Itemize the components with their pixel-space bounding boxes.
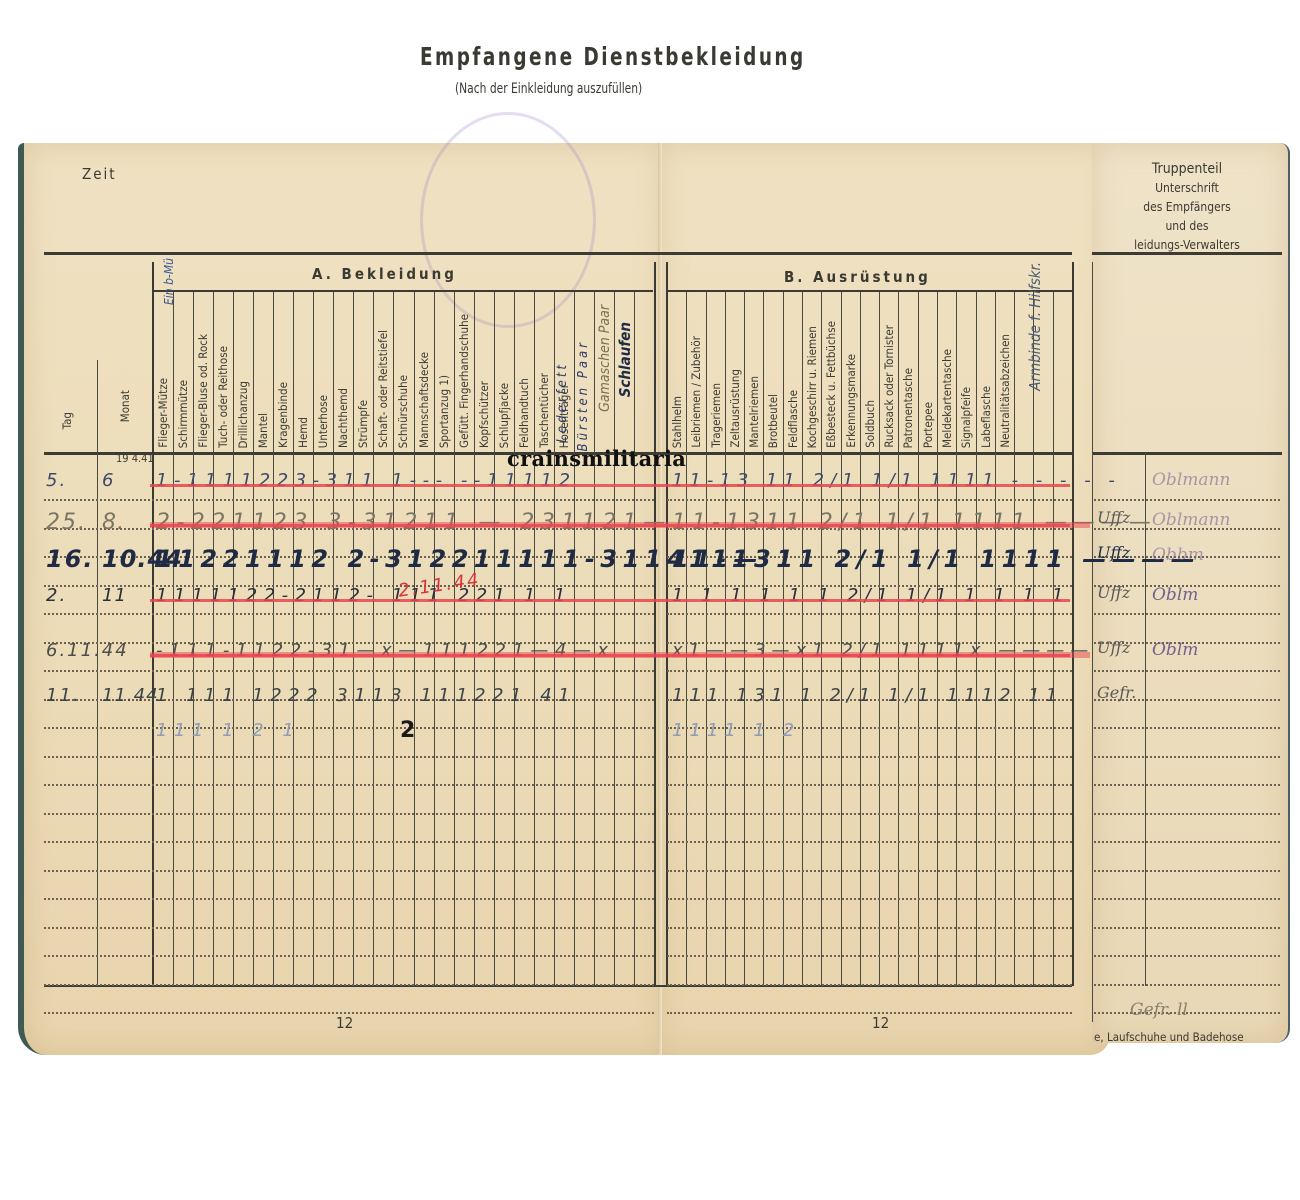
column-label-a: Schlupfjacke [497,383,511,448]
truppenteil-line-1: Unterschrift [1102,179,1272,198]
page-number-right: 12 [872,1014,889,1032]
entry-section-b: 11-13 11 2/1 1/1 1111 - - - - - [672,470,1121,491]
column-line [434,292,435,986]
year-note: 19 4.41 [116,452,154,465]
row-dotline [44,841,654,843]
column-line [253,292,254,986]
column-line [1014,292,1015,986]
column-line [193,292,194,986]
entry-section-b: 1111 1 2 [672,720,800,741]
truppenteil-header: Truppenteil Unterschrift des Empfängers … [1102,160,1272,255]
entry-tag: 16. [46,545,95,573]
monat-header: Monat [118,390,132,422]
column-line [313,292,314,986]
column-line [393,292,394,986]
row-dotline [44,870,654,872]
tag-header: Tag [60,412,74,429]
entry-signature: Obbm [1152,545,1204,565]
column-label-b: Soldbuch [863,400,877,448]
column-label-a: Mantel [256,413,270,448]
section-b-rule [668,290,1072,292]
row-dotline [1094,756,1280,758]
page-subtitle: (Nach der Einkleidung auszufüllen) [455,81,642,97]
column-line [594,292,595,986]
entry-signature: Oblm [1152,585,1198,605]
column-line [414,292,415,986]
handwritten-buersten: Bürsten Paar [577,340,591,451]
row-dotline [1094,499,1280,501]
column-line [918,292,919,986]
column-label-a: Unterhose [316,395,330,448]
entry-tag: 25. [46,510,87,535]
column-line [213,292,214,986]
entry-monat: 11 [102,585,127,606]
row-dotline [667,898,1072,900]
entry-signature: Oblm [1152,640,1198,660]
entry-section-a: 1-1111223-311 1--- --11112 [156,470,577,491]
entry-rank: Uffz [1097,638,1130,657]
column-line [494,292,495,986]
column-label-a: Hemd [296,417,310,448]
column-line [293,292,294,986]
column-label-a: Schnürschuhe [396,375,410,448]
red-strikethrough [150,599,1070,602]
column-label-b: Neutralitätsabzeichen [998,334,1012,448]
section-a-rule [153,290,653,292]
column-label-b: Erkennungsmarke [844,354,858,448]
entry-rank: Uffz [1097,583,1130,602]
row-dotline [667,613,1072,615]
column-line [956,292,957,986]
section-b-header: B. Ausrüstung [784,268,931,286]
red-strikethrough [150,484,1070,487]
page-number-left: 12 [336,1014,353,1032]
row-dotline [667,1012,1072,1014]
column-line [373,292,374,986]
row-dotline [1094,984,1280,986]
truppenteil-title: Truppenteil [1102,160,1272,179]
row-dotline [667,813,1072,815]
entry-rank: Uffz [1097,508,1130,527]
column-line [233,292,234,986]
time-divider [152,262,154,986]
entry-monat: 8. [102,510,125,535]
entry-tag: 11. [46,685,81,706]
entry-section-a: 1111122-2112- 111 221 1 1 [156,585,572,606]
entry-section-b: 111 131 1 2/1 1/1 1112 11 [672,685,1063,706]
entry-rank: Uffz [1097,543,1130,562]
column-label-a: Taschentücher [537,373,551,448]
column-line [273,292,274,986]
row-dotline [667,784,1072,786]
red-strikethrough-wide [150,652,1090,658]
column-line [744,292,745,986]
handwritten-gamaschen: Gamaschen Paar [598,305,612,412]
truppenteil-line-3: und des [1102,217,1272,236]
row-dotline [44,927,654,929]
column-label-a: Drillichanzug [236,381,250,448]
column-label-a: Flieger-Bluse od. Rock [196,334,210,448]
row-dotline [1094,784,1280,786]
column-label-b: Rucksack oder Tornister [882,325,896,448]
row-dotline [1094,870,1280,872]
row-dotline [667,670,1072,672]
column-label-b: Labeflasche [979,386,993,448]
column-label-b: Eßbesteck u. Fettbüchse [824,321,838,448]
entry-tag: 6.11.44 [46,640,129,661]
row-dotline [44,898,654,900]
column-label-b: Meldekartentasche [940,349,954,448]
column-label-b: Patronentasche [901,368,915,448]
column-label-a: Strümpfe [356,400,370,448]
row-dotline [667,841,1072,843]
column-label-a: Gefütt. Fingerhandschuhe [457,314,471,448]
red-strikethrough-wide [150,522,1090,528]
handwritten-schlaufen: Schlaufen [618,322,632,397]
row-dotline [667,870,1072,872]
column-line [1053,292,1054,986]
row-dotline [667,756,1072,758]
column-line [173,292,174,986]
row-dotline [44,613,654,615]
entry-signature: Oblmann [1152,510,1230,530]
column-line [634,292,635,986]
column-label-a: Nachthemd [336,388,350,448]
entry-section-b: 1 1 1 1 1 1 2/1 1/1 1 1 1 1 [672,585,1069,606]
column-line [353,292,354,986]
row-dotline [1094,955,1280,957]
column-line [841,292,842,986]
column-label-b: Portepee [921,402,935,448]
column-line [763,292,764,986]
zeit-header: Zeit [82,165,117,183]
column-line [454,292,455,986]
row-dotline [44,784,654,786]
truppenteil-line-4: leidungs-Verwalters [1102,236,1272,255]
row-dotline [1094,927,1280,929]
column-label-a: Schaft- oder Reitstiefel [376,330,390,448]
column-line [898,292,899,986]
entry-section-a: 1 111 1222 3113 111221 41 [156,685,576,706]
entry-tag: 2. [46,585,67,606]
column-line [860,292,861,986]
section-b-right-border [1072,262,1074,986]
column-label-b: Leibriemen / Zubehör [689,336,703,448]
row-dotline [1094,670,1280,672]
row-dotline [667,927,1072,929]
handwritten-armbinde: Armbinde f. Hilfskr. [1028,262,1042,391]
column-line [474,292,475,986]
column-line [574,292,575,986]
entry-monat: 6 [102,470,114,491]
faded-stamp [420,112,596,328]
row-dotline [44,756,654,758]
column-label-b: Zeltausrüstung [728,369,742,448]
row-dotline [44,670,654,672]
column-label-b: Stahlhelm [670,396,684,448]
section-b-left-border [666,262,668,986]
column-line [783,292,784,986]
column-line [514,292,515,986]
page-title: Empfangene Dienstbekleidung [420,42,806,71]
column-label-a: Tuch- oder Reithose [216,346,230,448]
column-label-b: Feldflasche [786,390,800,448]
column-line [534,292,535,986]
section-a-header: A. Bekleidung [312,265,457,283]
entry-tag: 5. [46,470,67,491]
row-dotline [44,955,654,957]
column-label-b: Kochgeschirr u. Riemen [805,326,819,448]
row-dotline [1094,813,1280,815]
flap-footer-note: e, Laufschuhe und Badehose [1094,1030,1244,1044]
row-dotline [44,499,654,501]
column-label-a: Schirmmütze [176,380,190,448]
row-dotline [1094,841,1280,843]
column-label-a: Mannschaftsdecke [417,352,431,448]
row-dotline [44,813,654,815]
column-label-b: Mantelriemen [747,376,761,448]
handwritten-note-top: Ein b-Mü [162,258,176,305]
column-line [725,292,726,986]
extra-mark: 2 [400,718,427,743]
column-line [686,292,687,986]
entry-monat: 11.44 [102,685,159,706]
row-dotline [667,984,1072,986]
table-top-rule [44,252,1072,255]
column-label-a: Flieger-Mütze [156,378,170,448]
section-a-right-border [654,262,656,986]
entry-rank: Gefr. [1097,683,1136,702]
column-line [333,292,334,986]
column-label-a: Kragenbinde [276,382,290,448]
column-line [1033,292,1034,986]
column-line [706,292,707,986]
row-dotline [1094,727,1280,729]
row-dotline [667,955,1072,957]
row-dotline [44,984,654,986]
column-line [995,292,996,986]
truppenteil-line-2: des Empfängers [1102,198,1272,217]
entry-section-a: 111 1 2 1 [156,720,300,741]
column-label-b: Trageriemen [709,383,723,448]
handwritten-lederfett: Lederfett [556,362,570,443]
column-label-a: Sportanzug 1) [437,375,451,448]
row-dotline [1094,613,1280,615]
row-dotline [1094,898,1280,900]
entry-signature: Oblmann [1152,470,1230,490]
column-line [821,292,822,986]
column-line [614,292,615,986]
column-label-b: Signalpfeife [959,387,973,448]
tag-monat-divider [97,360,98,986]
column-label-b: Brotbeutel [766,394,780,448]
flap-header-rule [1092,452,1282,455]
column-line [879,292,880,986]
flap-footer-signature: Gefr. ll [1130,1000,1188,1020]
column-line [802,292,803,986]
row-dotline [44,727,654,729]
row-dotline [667,499,1072,501]
watermark: crainsmilitaria [507,446,686,471]
column-line [976,292,977,986]
column-line [937,292,938,986]
column-label-a: Kopfschützer [477,381,491,448]
column-label-a: Feldhandtuch [517,378,531,448]
